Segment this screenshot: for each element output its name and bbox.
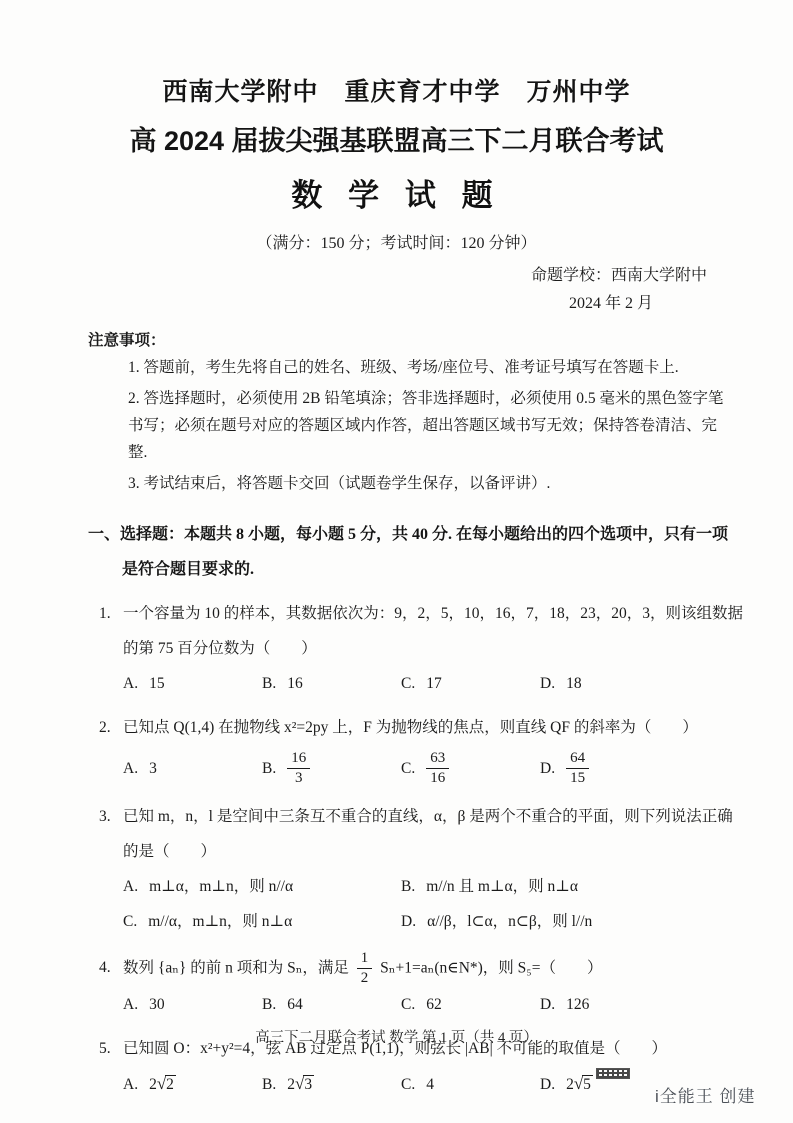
option-b-value: 16 [287,668,303,699]
question-4-options: A. 30 B. 64 C. 62 D. 126 [123,989,747,1020]
option-b-label: B. [262,753,276,784]
option-a: A. 2√2 [123,1068,262,1100]
option-c-value: 62 [426,989,442,1020]
option-b-label: B. [401,871,415,902]
question-4: 4. 数列 {aₙ} 的前 n 项和为 Sₙ，满足 1 2 Sₙ+1=aₙ(n∈… [99,950,747,1021]
option-d-label: D. [540,1069,555,1100]
fraction-denominator: 16 [426,769,449,787]
note-item-3: 3. 考试结束后，将答题卡交回（试题卷学生保存，以备评讲）. [88,470,735,497]
option-a-label: A. [123,668,138,699]
option-d-value: 18 [566,668,582,699]
option-c: C. 63 16 [401,750,540,788]
subject-title: 数 学 试 题 [0,170,793,215]
option-d: D. α//β，l⊂α，n⊂β，则 l//n [401,906,679,937]
option-c-value: m//α，m⊥n，则 n⊥α [148,906,292,937]
radical-coefficient: 2 [566,1076,574,1093]
section-1-heading: 一、选择题：本题共 8 小题，每小题 5 分，共 40 分. 在每小题给出的四个… [88,517,741,587]
issuing-school: 命题学校：西南大学附中 [0,262,793,285]
option-d-value: α//β，l⊂α，n⊂β，则 l//n [427,906,592,937]
option-a: A. m⊥α，m⊥n，则 n//α [123,871,401,902]
option-a-value: 3 [149,753,157,784]
option-d: D. 18 [540,668,679,699]
fraction-numerator: 64 [566,750,589,769]
school-names: 西南大学附中 重庆育才中学 万州中学 [0,0,793,108]
exam-paper-page: 西南大学附中 重庆育才中学 万州中学 高 2024 届拔尖强基联盟高三下二月联合… [0,0,793,1123]
option-a-label: A. [123,989,138,1020]
option-a: A. 3 [123,753,262,784]
fraction-numerator: 1 [357,950,373,969]
option-c-label: C. [401,753,415,784]
fraction-numerator: 16 [287,750,310,769]
question-2: 2. 已知点 Q(1,4) 在抛物线 x²=2py 上，F 为抛物线的焦点，则直… [99,710,747,788]
scanner-watermark: i全能王 创建 [655,1082,756,1107]
option-c-label: C. [401,989,415,1020]
radicand: 3 [303,1075,314,1093]
question-3-stem: 已知 m，n，l 是空间中三条互不重合的直线，α，β 是两个不重合的平面，则下列… [123,799,747,869]
option-b: B. 2√3 [262,1068,401,1100]
option-c-label: C. [401,668,415,699]
option-b: B. m//n 且 m⊥α，则 n⊥α [401,871,679,902]
notes-title: 注意事项： [88,328,735,350]
radical-expression: 2√3 [287,1068,314,1100]
radical-coefficient: 2 [287,1076,295,1093]
fraction: 64 15 [566,750,589,788]
option-a-value: 30 [149,989,165,1020]
paper-header: 西南大学附中 重庆育才中学 万州中学 高 2024 届拔尖强基联盟高三下二月联合… [0,0,793,313]
question-1-stem: 一个容量为 10 的样本，其数据依次为：9，2，5，10，16，7，18，23，… [123,596,747,666]
option-b-label: B. [262,668,276,699]
question-3: 3. 已知 m，n，l 是空间中三条互不重合的直线，α，β 是两个不重合的平面，… [99,799,747,937]
fraction-denominator: 3 [287,769,310,787]
exam-info: （满分：150 分；考试时间：120 分钟） [0,230,793,253]
option-a: A. 30 [123,989,262,1020]
option-a-label: A. [123,871,138,902]
question-5-options: A. 2√2 B. 2√3 C. 4 D. 2√5 [123,1068,747,1100]
radicand: 5 [582,1075,593,1093]
option-b: B. 16 [262,668,401,699]
option-b-label: B. [262,1069,276,1100]
option-d-value: 126 [566,989,589,1020]
option-c: C. 62 [401,989,540,1020]
note-item-2: 2. 答选择题时，必须使用 2B 铅笔填涂；答非选择题时，必须使用 0.5 毫米… [88,385,735,466]
note-item-1: 1. 答题前，考生先将自己的姓名、班级、考场/座位号、准考证号填写在答题卡上. [88,354,735,381]
question-4-stem-post: Sₙ+1=aₙ(n∈N*)，则 S₅=（ ） [380,959,602,976]
option-a: A. 15 [123,668,262,699]
fraction-denominator: 2 [357,969,373,987]
radical-coefficient: 2 [149,1076,157,1093]
option-c: C. 17 [401,668,540,699]
fraction: 63 16 [426,750,449,788]
option-c-value: 17 [426,668,442,699]
option-d-label: D. [540,668,555,699]
question-3-number: 3. [99,799,111,834]
question-1: 1. 一个容量为 10 的样本，其数据依次为：9，2，5，10，16，7，18，… [99,596,747,699]
question-2-options: A. 3 B. 16 3 C. 63 16 D. 64 [123,750,747,788]
option-b-value: 64 [287,989,303,1020]
option-a-value: 15 [149,668,165,699]
question-3-options-row-2: C. m//α，m⊥n，则 n⊥α D. α//β，l⊂α，n⊂β，则 l//n [123,906,747,937]
radical-expression: 2√2 [149,1068,176,1100]
option-d-label: D. [401,906,416,937]
option-d-label: D. [540,753,555,784]
exam-title: 高 2024 届拔尖强基联盟高三下二月联合考试 [0,119,793,158]
radicand: 2 [165,1075,176,1093]
page-footer: 高三下二月联合考试 数学 第 1 页（共 4 页） [0,1026,793,1047]
question-3-options-row-1: A. m⊥α，m⊥n，则 n//α B. m//n 且 m⊥α，则 n⊥α [123,871,747,902]
option-b-value: m//n 且 m⊥α，则 n⊥α [426,871,578,902]
question-2-stem: 已知点 Q(1,4) 在抛物线 x²=2py 上，F 为抛物线的焦点，则直线 Q… [123,710,747,745]
radical-expression: 2√5 [566,1068,593,1100]
option-a-label: A. [123,1069,138,1100]
notes-section: 注意事项： 1. 答题前，考生先将自己的姓名、班级、考场/座位号、准考证号填写在… [88,328,735,497]
option-c-label: C. [123,906,137,937]
question-2-number: 2. [99,710,111,745]
question-1-number: 1. [99,596,111,631]
option-d: D. 126 [540,989,679,1020]
exam-date: 2024 年 2 月 [0,290,793,313]
qr-code-mark [597,1069,629,1078]
question-4-stem-pre: 数列 {aₙ} 的前 n 项和为 Sₙ，满足 [123,959,349,976]
fraction-denominator: 15 [566,769,589,787]
option-b: B. 16 3 [262,750,401,788]
option-b-label: B. [262,989,276,1020]
question-4-stem: 数列 {aₙ} 的前 n 项和为 Sₙ，满足 1 2 Sₙ+1=aₙ(n∈N*)… [123,950,747,988]
option-c-label: C. [401,1069,415,1100]
fraction: 1 2 [357,950,373,988]
fraction-numerator: 63 [426,750,449,769]
option-c: C. m//α，m⊥n，则 n⊥α [123,906,401,937]
option-d-label: D. [540,989,555,1020]
option-c-value: 4 [426,1069,434,1100]
option-a-value: m⊥α，m⊥n，则 n//α [149,871,293,902]
question-4-number: 4. [99,950,111,985]
option-b: B. 64 [262,989,401,1020]
fraction: 16 3 [287,750,310,788]
option-d: D. 64 15 [540,750,679,788]
question-1-options: A. 15 B. 16 C. 17 D. 18 [123,668,747,699]
option-c: C. 4 [401,1069,540,1100]
option-a-label: A. [123,753,138,784]
